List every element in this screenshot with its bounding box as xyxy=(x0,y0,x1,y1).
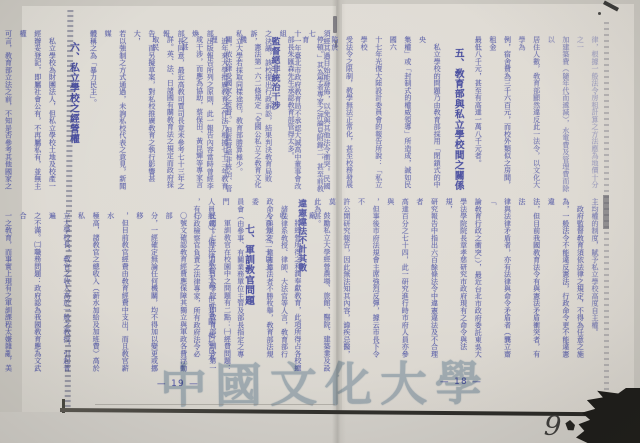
section-heading: 五、敎育部與私立學校間之關係 xyxy=(450,36,465,206)
text-column: 私立大學若採取同樣途徑，敎育部勝算極少。 xyxy=(232,30,247,190)
scanned-book-spread: 律，根據一般法令房租計算之方法應為地價十分之一加建築費（隨年代而遞減），水電費及… xyxy=(0,0,640,443)
text-column: 十一年臺北市政府敎育局不承認大誠高中董事會改組 xyxy=(276,30,305,190)
text-column: 為，一般法令不能違反憲法，行政命令更不能違憲違 xyxy=(544,198,573,364)
text-column: 律與法律矛盾者，亦有法律與命令矛盾者（龔立齋「 xyxy=(485,198,514,364)
bottom-rule-shadow xyxy=(95,404,335,405)
text-column: 若以強制之方式通過，未詢私校代表之意見，新聞媒 xyxy=(101,30,130,190)
handwritten-page-note: 9 xyxy=(543,413,562,441)
text-column: 告，而另擬草案，對私校推廣敎育之執行影響甚大， xyxy=(130,30,159,190)
text-column: 體稱之為「暴力民主」。 xyxy=(86,30,101,190)
text-column: 一之敎育，而事實上現有之軍訓課程太嫌雜亂，美國 xyxy=(0,212,16,374)
text-column: 律，根據一般法令房租計算之方法應為地價十分之一 xyxy=(573,36,602,194)
text-column: 居住人數，敎育部顯然違反此一法令，以文化大學為 xyxy=(514,36,543,194)
library-watermark: 中國文化大學 xyxy=(160,347,491,417)
text-column: 集權」或「封制式的權威領導」所造成，誠如民國六 xyxy=(386,36,415,194)
text-column: 經辦妥登記，即屬社會公有，不再屬私有，並無主權 xyxy=(16,30,45,190)
text-column: 高達百分之七十四，此一研究進行時市府人員亦參與 xyxy=(383,198,412,364)
text-column: 主均權的制度，賦予私立學校高度自主權。 xyxy=(587,198,602,364)
text-column: 部長同意，最近高敎司賈司長竟未參考七十三年之報 xyxy=(159,30,188,190)
page19-upper-text-block: 須經其過目始能發佈，以免與其他法令衝突。民國七十一年臺北市政府敎育局不承認大誠高… xyxy=(0,30,334,190)
text-column: 之決議，該校提出行政訴訟，結果判決敎育局敗訴， xyxy=(246,30,275,190)
text-column: 十七年光復大陸設計委員會的報告所說：「私立學校 xyxy=(357,36,386,194)
text-column: 法，但目前我國敎育法令有與憲法矛盾衝突者，有法 xyxy=(514,198,543,364)
text-column: ，但目前敎官經費由敎育經費中支出，而且敎官薪水 xyxy=(103,212,132,374)
text-column: 部出版報告所列之原則，此一報告內容當時曾經李煥 xyxy=(188,30,217,190)
text-column: 學法學院院長章孝慈研究市政府現有之命令與法規， xyxy=(441,198,470,364)
text-column: 論敎育行政之衝突」），最近台北市政府委託東吳大 xyxy=(471,198,486,364)
text-column: 極高，諸敎官之總收入（薪水加給及加班費）高於私 xyxy=(74,212,103,374)
text-column: 加建築費（隨年代而遞減），水電費及管理費而除以 xyxy=(544,36,573,194)
corner-top-right-dot xyxy=(598,12,601,15)
text-column: 最低八千元，甚至有高達一萬八千元者。 xyxy=(471,36,486,194)
text-column: 研究報告中指出六百餘條法令中違憲違法及不合理者 xyxy=(412,198,441,364)
text-column: 例，宿舍費為三千六百元，而校外類似之房間，租金 xyxy=(485,36,514,194)
text-column: 政府監督敎育須依法律之規定，不得為任意之施 xyxy=(573,198,588,364)
page-edge-right-smudge xyxy=(603,195,609,229)
text-column: 近年來大學推廣敎育之作法乃根據七十三年敎育 xyxy=(217,30,232,190)
text-column: 私立學校為財團法人，但私立學校土地及校產一 xyxy=(45,30,60,190)
text-column: 分，一經確定無論任何機關，均不得加以變更或挪移 xyxy=(132,212,161,374)
text-column: ，但事後市府法規會主席強烈反彈，據云市長下令不 xyxy=(354,198,383,364)
text-column: 須經其過目始能發佈，以免與其他法令衝突。民國七 xyxy=(305,30,334,190)
text-column: 私立學校的問題乃由敎育部採用「閉鎖式的中央 xyxy=(415,36,444,194)
text-column: 之不滿。㈡職務問題：政府認為我國敎育應為文武合 xyxy=(16,212,45,374)
text-column: 可言，敎育部立法之前，不知是否參考其他國家之法 xyxy=(0,30,16,190)
